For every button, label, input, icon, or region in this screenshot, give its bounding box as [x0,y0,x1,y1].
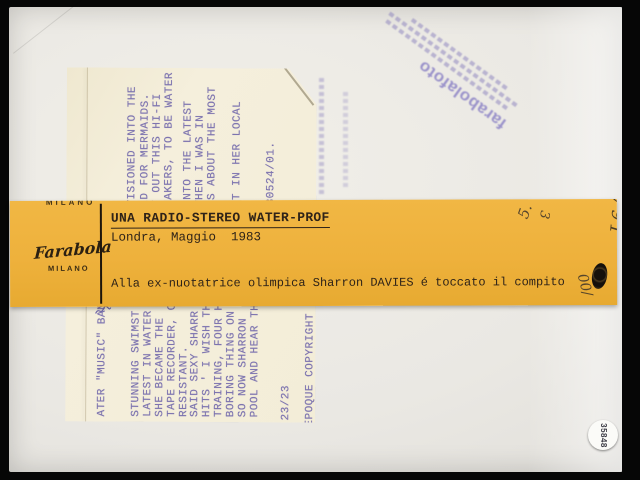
caption-dateline: Londra, Maggio 1983 [111,229,579,246]
caption-body: Alla ex-nuotatrice olimpica Sharron DAVI… [111,247,580,307]
typed-caption-line: EPOQUE COPYRIGHT [304,313,317,427]
faint-date-stamp [343,92,348,188]
pencil-mark: 791 [605,199,618,239]
divider-rule [100,204,102,304]
caption-slip-band: MILANO Farabola MILANO UNA RADIO-STEREO … [10,199,617,307]
typed-caption-line: LATEST IN WATER MU [142,289,155,417]
brand-milano-cropped: MILANO [46,199,96,207]
ink-blob-scribble [590,262,609,290]
brand-milano: MILANO [48,264,90,273]
typed-caption-line: IT IN HER LOCAL [231,101,244,208]
typed-caption-line: IS ABOUT THE MOST [206,86,219,207]
typed-caption-line: TRAINING, FOUR HOU [213,289,226,417]
typed-caption-line: LD FOR MERMAIDS. [139,93,152,207]
typed-caption-line: MAKERS, TO BE WATER [163,72,176,207]
typed-caption-line: TAPE RECORDER, CLA [166,289,179,417]
typed-caption-line: STUNNING SWIMST [130,310,143,417]
typed-caption-line: VISIONED INTO THE [126,86,139,207]
farabola-logo: Farabola [34,238,101,263]
caption-title: UNA RADIO-STEREO WATER-PROF [111,210,330,229]
typed-caption-line: SAID SEXY SHARR [189,310,202,417]
photo-back-scan: VISIONED INTO THELD FOR MERMAIDS.Y OUT T… [0,0,640,480]
typed-caption-line: Y OUT THIS HI-FI [151,93,164,207]
archive-number: 35848 [599,423,608,448]
typed-caption-line: SO NOW SHARRON [237,318,250,417]
typed-caption-line: HITS ' I WISH THE [201,296,214,417]
typed-caption-line: INTO THE LATEST [182,100,195,207]
typed-caption-line: WHEN I WAS IN [194,115,206,207]
archive-number-label: 35848 [588,420,618,450]
caption-body-line: Alla ex-nuotatrice olimpica Sharron DAVI… [111,275,579,291]
caption-text-block: UNA RADIO-STEREO WATER-PROF Londra, Magg… [111,207,580,307]
typed-caption-line: ATER "MUSIC" BANK [96,296,109,417]
typed-caption-line: SHE BECAME THE [154,317,167,416]
typed-caption-line: 23/23 [280,385,292,421]
faint-date-stamp [319,78,324,196]
typed-caption-line: POOL AND HEAR THE [249,297,262,418]
corner-crease [13,0,88,54]
typed-caption-line: 30524/01. [265,141,277,205]
typed-caption-line: BORING THING ON EA [225,289,238,417]
